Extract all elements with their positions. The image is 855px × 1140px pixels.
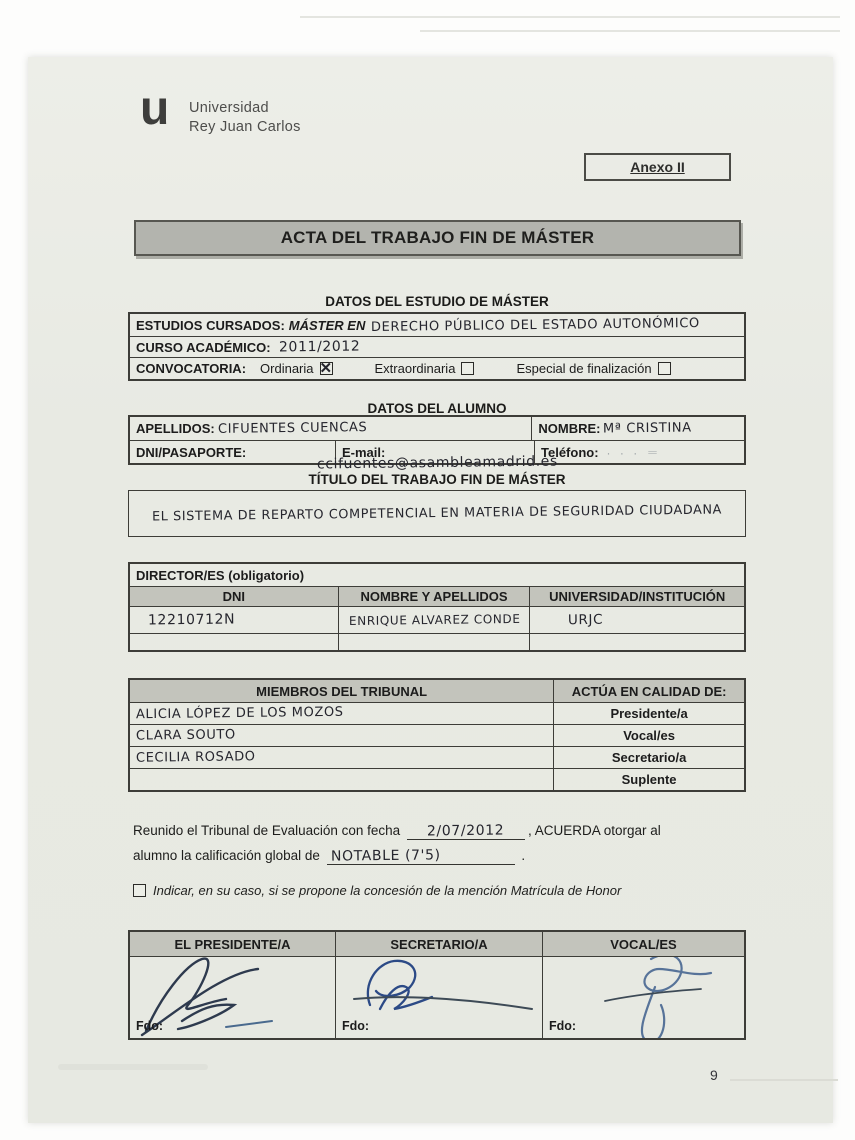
director-nombre-handwritten: ENRIQUE ALVAREZ CONDE <box>349 612 521 628</box>
directors-caption-row: DIRECTOR/ES (obligatorio) <box>130 564 744 586</box>
director-dni-handwritten: 12210712N <box>148 611 235 628</box>
directors-col-nombre: NOMBRE Y APELLIDOS <box>360 589 507 604</box>
resolution-line2-pre: alumno la calificación global de <box>133 848 320 863</box>
signatures-body-row: Fdo: Fdo: <box>130 956 744 1038</box>
tribunal-role-label: Secretario/a <box>612 750 686 765</box>
signatures-table: EL PRESIDENTE/A SECRETARIO/A VOCAL/ES Fd… <box>128 930 746 1040</box>
resolution-paragraph: Reunido el Tribunal de Evaluación con fe… <box>133 818 751 868</box>
tribunal-row-presidente: ALICIA LÓPEZ DE LOS MOZOS Presidente/a <box>130 702 744 724</box>
annex-label: Anexo II <box>630 159 684 175</box>
vocal-col-header: VOCAL/ES <box>610 937 676 952</box>
scan-artifact-line <box>300 16 840 18</box>
presidente-signature-cell: Fdo: <box>130 957 335 1038</box>
email-handwritten-wrap: ccifuentes@asambleamadrid.es <box>128 454 746 472</box>
resolution-line1-pre: Reunido el Tribunal de Evaluación con fe… <box>133 823 400 838</box>
tribunal-member-handwritten: CLARA SOUTO <box>136 727 236 743</box>
study-section-header: DATOS DEL ESTUDIO DE MÁSTER <box>128 294 746 309</box>
option-ordinaria: Ordinaria <box>260 361 332 376</box>
secretario-signature-cell: Fdo: <box>335 957 542 1038</box>
tribunal-col-members: MIEMBROS DEL TRIBUNAL <box>256 684 427 699</box>
tribunal-role-label: Suplente <box>622 772 677 787</box>
directors-table: DIRECTOR/ES (obligatorio) DNI NOMBRE Y A… <box>128 562 746 652</box>
email-handwritten-value: ccifuentes@asambleamadrid.es <box>316 454 557 473</box>
option-especial-label: Especial de finalización <box>516 361 651 376</box>
thesis-title-handwritten-value: EL SISTEMA DE REPARTO COMPETENCIAL EN MA… <box>152 503 722 525</box>
directors-col-universidad: UNIVERSIDAD/INSTITUCIÓN <box>549 589 725 604</box>
tribunal-role-label: Presidente/a <box>610 706 687 721</box>
tribunal-table: MIEMBROS DEL TRIBUNAL ACTÚA EN CALIDAD D… <box>128 678 746 792</box>
resolution-line-2: alumno la calificación global de NOTABLE… <box>133 843 751 868</box>
form-title: ACTA DEL TRABAJO FIN DE MÁSTER <box>281 228 595 248</box>
apellidos-label: APELLIDOS: <box>136 421 215 436</box>
tribunal-row-secretario: CECILIA ROSADO Secretario/a <box>130 746 744 768</box>
student-section-header: DATOS DEL ALUMNO <box>128 401 746 416</box>
signatures-header-row: EL PRESIDENTE/A SECRETARIO/A VOCAL/ES <box>130 932 744 956</box>
university-name-line2: Rey Juan Carlos <box>189 118 301 137</box>
scan-artifact-line <box>730 1079 838 1081</box>
directors-col-dni: DNI <box>223 589 245 604</box>
calificacion-handwritten-value: NOTABLE (7'5) <box>331 847 441 864</box>
fdo-label: Fdo: <box>549 1019 576 1033</box>
tribunal-role-label: Vocal/es <box>623 728 675 743</box>
scan-artifact-line <box>420 30 840 32</box>
form-title-bar: ACTA DEL TRABAJO FIN DE MÁSTER <box>134 220 741 256</box>
secretario-col-header: SECRETARIO/A <box>390 937 487 952</box>
curso-handwritten-value: 2011/2012 <box>278 339 360 356</box>
resolution-line1-post: , ACUERDA otorgar al <box>528 823 661 838</box>
estudios-prefix: MÁSTER EN <box>289 318 366 333</box>
thesis-title-box: EL SISTEMA DE REPARTO COMPETENCIAL EN MA… <box>128 490 746 537</box>
presidente-col-header: EL PRESIDENTE/A <box>174 937 290 952</box>
option-ordinaria-label: Ordinaria <box>260 361 313 376</box>
director-universidad-handwritten: URJC <box>568 612 603 628</box>
curso-row: CURSO ACADÉMICO: 2011/2012 <box>130 336 744 357</box>
especial-checkbox-icon <box>658 362 671 375</box>
mencion-checkbox-icon <box>133 884 146 897</box>
tribunal-col-role: ACTÚA EN CALIDAD DE: <box>572 684 727 699</box>
tribunal-header-row: MIEMBROS DEL TRIBUNAL ACTÚA EN CALIDAD D… <box>130 680 744 702</box>
estudios-handwritten-value: DERECHO PÚBLICO DEL ESTADO AUTONÓMICO <box>371 315 700 334</box>
estudios-row: ESTUDIOS CURSADOS: MÁSTER EN DERECHO PÚB… <box>130 314 744 336</box>
fecha-fill-line: 2/07/2012 <box>407 823 525 840</box>
thesis-section-header: TÍTULO DEL TRABAJO FIN DE MÁSTER <box>128 472 746 487</box>
directors-row-1: 12210712N ENRIQUE ALVAREZ CONDE URJC <box>130 606 744 633</box>
annex-label-box: Anexo II <box>584 153 731 181</box>
fdo-label: Fdo: <box>342 1019 369 1033</box>
scanned-document: u Universidad Rey Juan Carlos Anexo II A… <box>0 0 855 1140</box>
option-extraordinaria: Extraordinaria <box>375 361 475 376</box>
option-especial: Especial de finalización <box>516 361 670 376</box>
curso-label: CURSO ACADÉMICO: <box>136 340 271 355</box>
page-number: 9 <box>710 1067 718 1083</box>
convocatoria-label: CONVOCATORIA: <box>136 361 246 376</box>
resolution-line2-post: . <box>521 848 525 863</box>
convocatoria-row: CONVOCATORIA: Ordinaria Extraordinaria E… <box>130 357 744 379</box>
tribunal-member-handwritten: ALICIA LÓPEZ DE LOS MOZOS <box>136 705 344 723</box>
tribunal-member-handwritten: CECILIA ROSADO <box>136 749 256 765</box>
tribunal-row-vocal: CLARA SOUTO Vocal/es <box>130 724 744 746</box>
calificacion-fill-line: NOTABLE (7'5) <box>327 848 515 865</box>
mencion-note-text: Indicar, en su caso, si se propone la co… <box>153 883 621 898</box>
option-extraordinaria-label: Extraordinaria <box>375 361 456 376</box>
tribunal-row-suplente: Suplente <box>130 768 744 790</box>
mencion-note: Indicar, en su caso, si se propone la co… <box>133 883 621 898</box>
directors-header-row: DNI NOMBRE Y APELLIDOS UNIVERSIDAD/INSTI… <box>130 586 744 606</box>
student-row-1: APELLIDOS: CIFUENTES CUENCAS NOMBRE: Mª … <box>130 417 744 440</box>
university-name-line1: Universidad <box>189 99 301 118</box>
scan-smudge <box>58 1064 208 1070</box>
directors-caption: DIRECTOR/ES (obligatorio) <box>136 568 304 583</box>
vocal-signature-cell: Fdo: <box>542 957 744 1038</box>
resolution-line-1: Reunido el Tribunal de Evaluación con fe… <box>133 818 751 843</box>
document-page: u Universidad Rey Juan Carlos Anexo II A… <box>28 57 833 1123</box>
directors-row-2 <box>130 633 744 650</box>
apellidos-handwritten-value: CIFUENTES CUENCAS <box>218 420 368 437</box>
university-name: Universidad Rey Juan Carlos <box>189 99 301 137</box>
study-table: ESTUDIOS CURSADOS: MÁSTER EN DERECHO PÚB… <box>128 312 746 381</box>
fdo-label: Fdo: <box>136 1019 163 1033</box>
ordinaria-checkbox-icon <box>320 362 333 375</box>
nombre-handwritten-value: Mª CRISTINA <box>603 420 692 436</box>
fecha-handwritten-value: 2/07/2012 <box>427 823 504 840</box>
extraordinaria-checkbox-icon <box>461 362 474 375</box>
nombre-label: NOMBRE: <box>538 421 600 436</box>
estudios-label: ESTUDIOS CURSADOS: <box>136 318 285 333</box>
urjc-logo-icon: u <box>140 85 169 133</box>
